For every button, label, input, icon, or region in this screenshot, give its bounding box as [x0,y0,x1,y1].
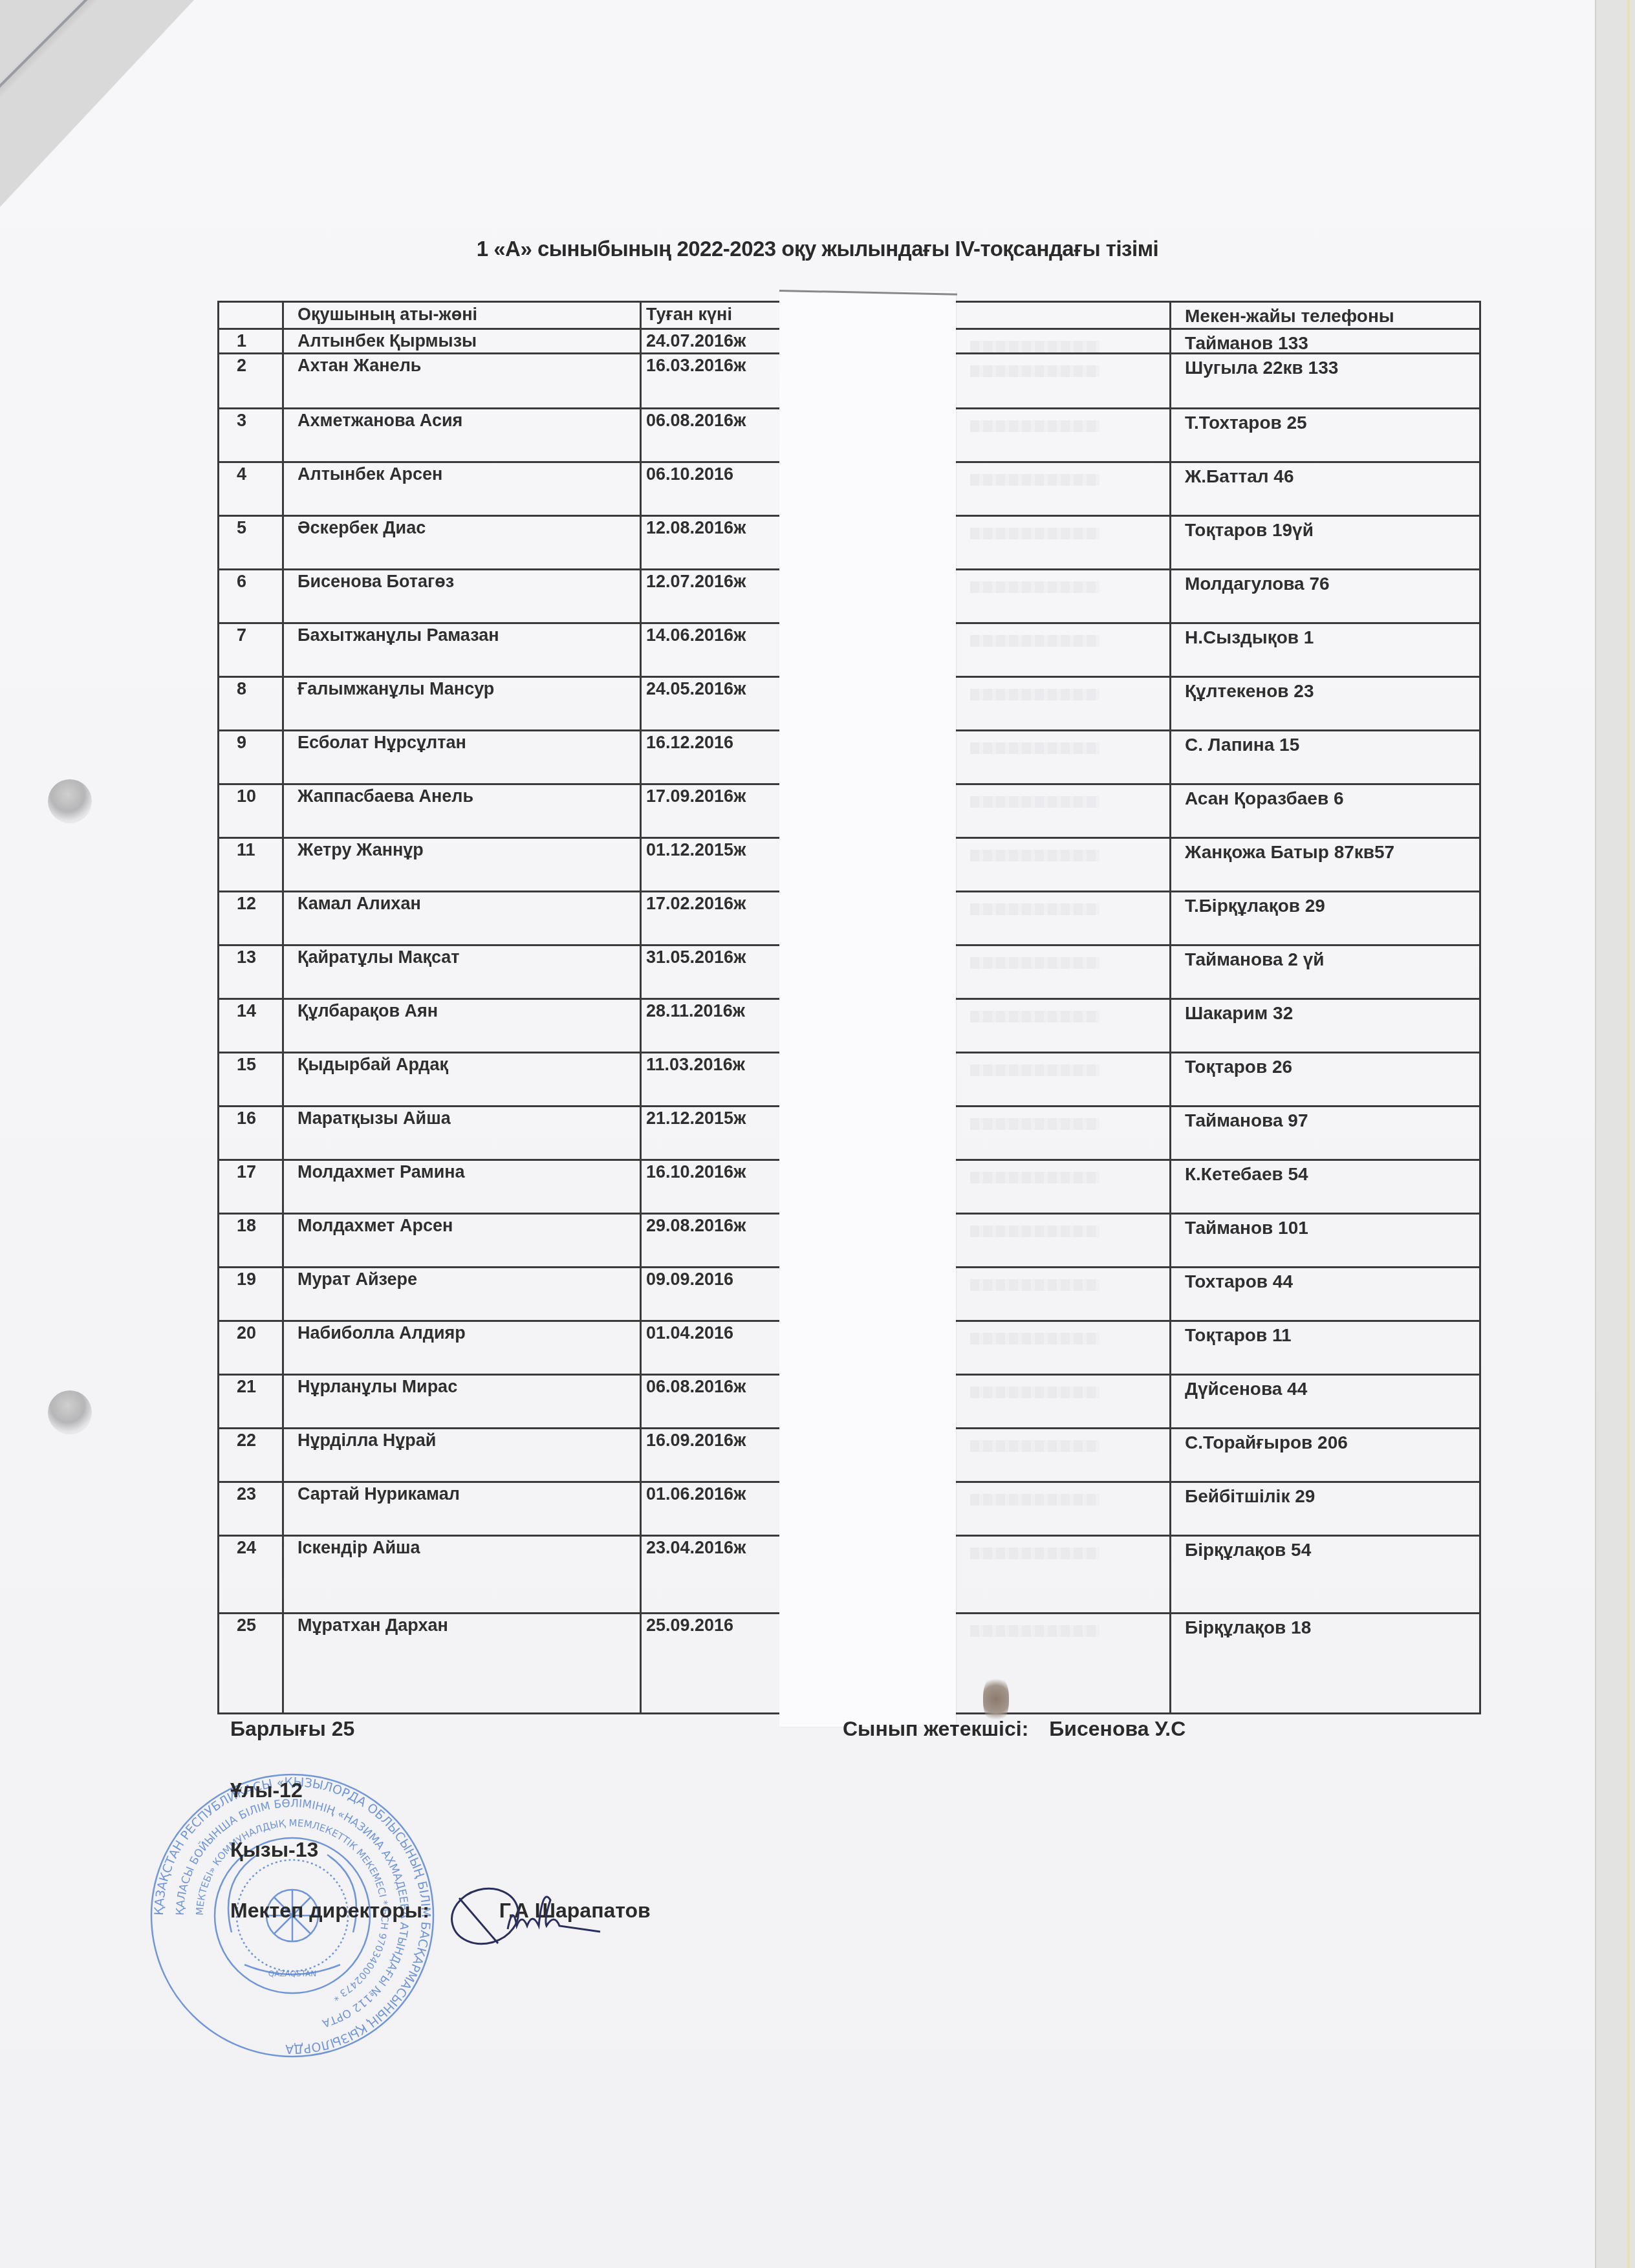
row-number: 10 [237,786,256,806]
row-number: 5 [237,518,246,538]
student-name: Молдахмет Рамина [298,1162,465,1182]
faded-ghost-text [970,957,1099,969]
student-address: Т.Тохтаров 25 [1185,413,1307,433]
birth-date: 16.03.2016ж [646,356,746,376]
student-address: Тайманова 2 үй [1185,949,1324,970]
birth-date: 12.07.2016ж [646,572,746,592]
student-name: Набиболла Алдияр [298,1323,466,1343]
row-number: 13 [237,947,256,967]
birth-date: 01.12.2015ж [646,840,746,860]
student-address: Бірқұлақов 18 [1185,1617,1311,1638]
faded-ghost-text [970,1494,1099,1506]
birth-date: 17.02.2016ж [646,894,746,914]
student-name: Есболат Нұрсұлтан [298,733,466,753]
table-column-border [282,301,284,1712]
row-number: 3 [237,411,246,431]
row-number: 19 [237,1269,256,1290]
student-address: Бейбітшілік 29 [1185,1486,1315,1507]
faded-ghost-text [970,1279,1099,1291]
student-address: Жанқожа Батыр 87кв57 [1185,842,1394,863]
row-number: 20 [237,1323,256,1343]
faded-ghost-text [970,365,1099,377]
student-address: Шакарим 32 [1185,1003,1293,1024]
student-address: С.Торайғыров 206 [1185,1432,1348,1453]
faded-ghost-text [970,1172,1099,1183]
student-address: С. Лапина 15 [1185,735,1299,755]
row-number: 18 [237,1216,256,1236]
class-teacher-label: Сынып жетекшісі: [843,1717,1028,1740]
birth-date: 24.05.2016ж [646,679,746,699]
birth-date: 29.08.2016ж [646,1216,746,1236]
student-name: Жетру Жаннұр [298,840,424,860]
ink-stain [983,1675,1009,1723]
student-address: Тайманов 101 [1185,1218,1308,1238]
student-name: Іскендір Айша [298,1538,420,1558]
student-address: Н.Сыздықов 1 [1185,627,1314,648]
student-name: Мұратхан Дархан [298,1615,448,1636]
student-address: К.Кетебаев 54 [1185,1164,1308,1185]
student-name: Нұрділла Нұрай [298,1431,436,1451]
row-number: 23 [237,1484,256,1504]
student-name: Ғалымжанұлы Мансур [298,679,494,699]
student-name: Нұрланұлы Мирас [298,1377,457,1397]
row-number: 17 [237,1162,256,1182]
row-number: 12 [237,894,256,914]
faded-ghost-text [970,1011,1099,1022]
faded-ghost-text [970,796,1099,808]
birth-date: 17.09.2016ж [646,786,746,806]
birth-date: 16.12.2016 [646,733,733,753]
row-number: 2 [237,356,246,376]
student-address: Тоқтаров 26 [1185,1057,1292,1077]
student-address: Молдагулова 76 [1185,574,1330,594]
header-address: Мекен-жайы телефоны [1185,306,1394,327]
birth-date: 06.08.2016ж [646,411,746,431]
table-column-border [640,301,642,1712]
student-name: Сартай Нурикамал [298,1484,460,1504]
boys-count: Ұлы-12 [230,1778,303,1802]
birth-date: 06.08.2016ж [646,1377,746,1397]
faded-ghost-text [970,1226,1099,1237]
faded-ghost-text [970,1625,1099,1637]
row-number: 24 [237,1538,256,1558]
faded-ghost-text [970,420,1099,432]
table-column-border [1479,301,1481,1712]
faded-ghost-text [970,341,1099,352]
document-title: 1 «А» сыныбының 2022-2023 оқу жылындағы … [0,237,1635,261]
faded-ghost-text [970,689,1099,700]
student-name: Құлбарақов Аян [298,1001,438,1021]
student-address: Дүйсенова 44 [1185,1379,1307,1399]
row-number: 11 [237,840,255,860]
table-column-border [1169,301,1171,1712]
row-number: 16 [237,1108,256,1129]
student-name: Қыдырбай Ардақ [298,1055,448,1075]
student-address: Шугыла 22кв 133 [1185,358,1338,378]
faded-ghost-text [970,742,1099,754]
student-name: Маратқызы Айша [298,1108,451,1129]
student-address: Бірқұлақов 54 [1185,1540,1311,1561]
student-address: Тайманова 97 [1185,1110,1308,1131]
student-address: Асан Қоразбаев 6 [1185,788,1343,809]
student-address: Т.Бірқұлақов 29 [1185,896,1325,916]
student-address: Тайманов 133 [1185,333,1308,354]
student-address: Тоқтаров 11 [1185,1325,1292,1346]
birth-date: 21.12.2015ж [646,1108,746,1129]
faded-ghost-text [970,1440,1099,1452]
faded-ghost-text [970,1118,1099,1130]
faded-ghost-text [970,903,1099,915]
row-number: 22 [237,1431,256,1451]
birth-date: 11.03.2016ж [646,1055,745,1075]
student-name: Бисенова Ботагөз [298,572,454,592]
student-name: Әскербек Диас [298,518,426,538]
row-number: 7 [237,625,246,645]
punch-hole-icon [48,779,92,823]
student-name: Ахметжанова Асия [298,411,462,431]
faded-ghost-text [970,581,1099,593]
birth-date: 09.09.2016 [646,1269,733,1290]
faded-ghost-text [970,635,1099,647]
redaction-overlay [779,291,956,1727]
student-name: Алтынбек Арсен [298,464,442,484]
faded-ghost-text [970,1387,1099,1398]
student-name: Мурат Айзере [298,1269,417,1290]
faded-ghost-text [970,1333,1099,1345]
scan-edge-line [1627,0,1630,2268]
student-name: Жаппасбаева Анель [298,786,473,806]
signature-icon [446,1879,601,1950]
birth-date: 14.06.2016ж [646,625,746,645]
svg-text:QAZAQSTAN: QAZAQSTAN [268,1969,317,1978]
faded-ghost-text [970,474,1099,486]
class-teacher-name: Бисенова У.С [1049,1717,1186,1740]
scanned-page: 1 «А» сыныбының 2022-2023 оқу жылындағы … [0,0,1635,2268]
student-name: Алтынбек Қырмызы [298,331,477,351]
birth-date: 16.09.2016ж [646,1431,746,1451]
student-address: Ж.Баттал 46 [1185,466,1294,487]
total-count: Барлығы 25 [230,1717,354,1741]
director-label: Мектеп директоры: [230,1899,429,1922]
header-birth-date: Туған күні [646,305,732,325]
birth-date: 01.04.2016 [646,1323,733,1343]
row-number: 15 [237,1055,256,1075]
birth-date: 24.07.2016ж [646,331,746,351]
row-number: 25 [237,1615,256,1636]
birth-date: 12.08.2016ж [646,518,746,538]
folded-corner [0,0,194,207]
student-name: Қайратұлы Мақсат [298,947,460,967]
row-number: 8 [237,679,246,699]
row-number: 14 [237,1001,256,1021]
row-number: 9 [237,733,246,753]
student-name: Бахытжанұлы Рамазан [298,625,499,645]
faded-ghost-text [970,1548,1099,1559]
row-number: 6 [237,572,246,592]
student-name: Ахтан Жанель [298,356,421,376]
student-name: Камал Алихан [298,894,421,914]
birth-date: 16.10.2016ж [646,1162,746,1182]
student-name: Молдахмет Арсен [298,1216,453,1236]
birth-date: 23.04.2016ж [646,1538,746,1558]
faded-ghost-text [970,528,1099,539]
faded-ghost-text [970,1064,1099,1076]
student-address: Құлтекенов 23 [1185,681,1314,702]
student-address: Тохтаров 44 [1185,1271,1293,1292]
birth-date: 06.10.2016 [646,464,733,484]
row-number: 21 [237,1377,256,1397]
student-address: Тоқтаров 19үй [1185,520,1314,541]
class-teacher: Сынып жетекшісі:Бисенова У.С [843,1717,1186,1741]
faded-ghost-text [970,850,1099,861]
header-name: Оқушының аты-жөні [298,305,477,325]
table-column-border [217,301,219,1712]
birth-date: 25.09.2016 [646,1615,733,1636]
birth-date: 28.11.2016ж [646,1001,745,1021]
row-number: 4 [237,464,246,484]
punch-hole-icon [48,1390,92,1434]
birth-date: 01.06.2016ж [646,1484,746,1504]
girls-count: Қызы-13 [230,1838,318,1862]
birth-date: 31.05.2016ж [646,947,746,967]
row-number: 1 [237,331,246,351]
